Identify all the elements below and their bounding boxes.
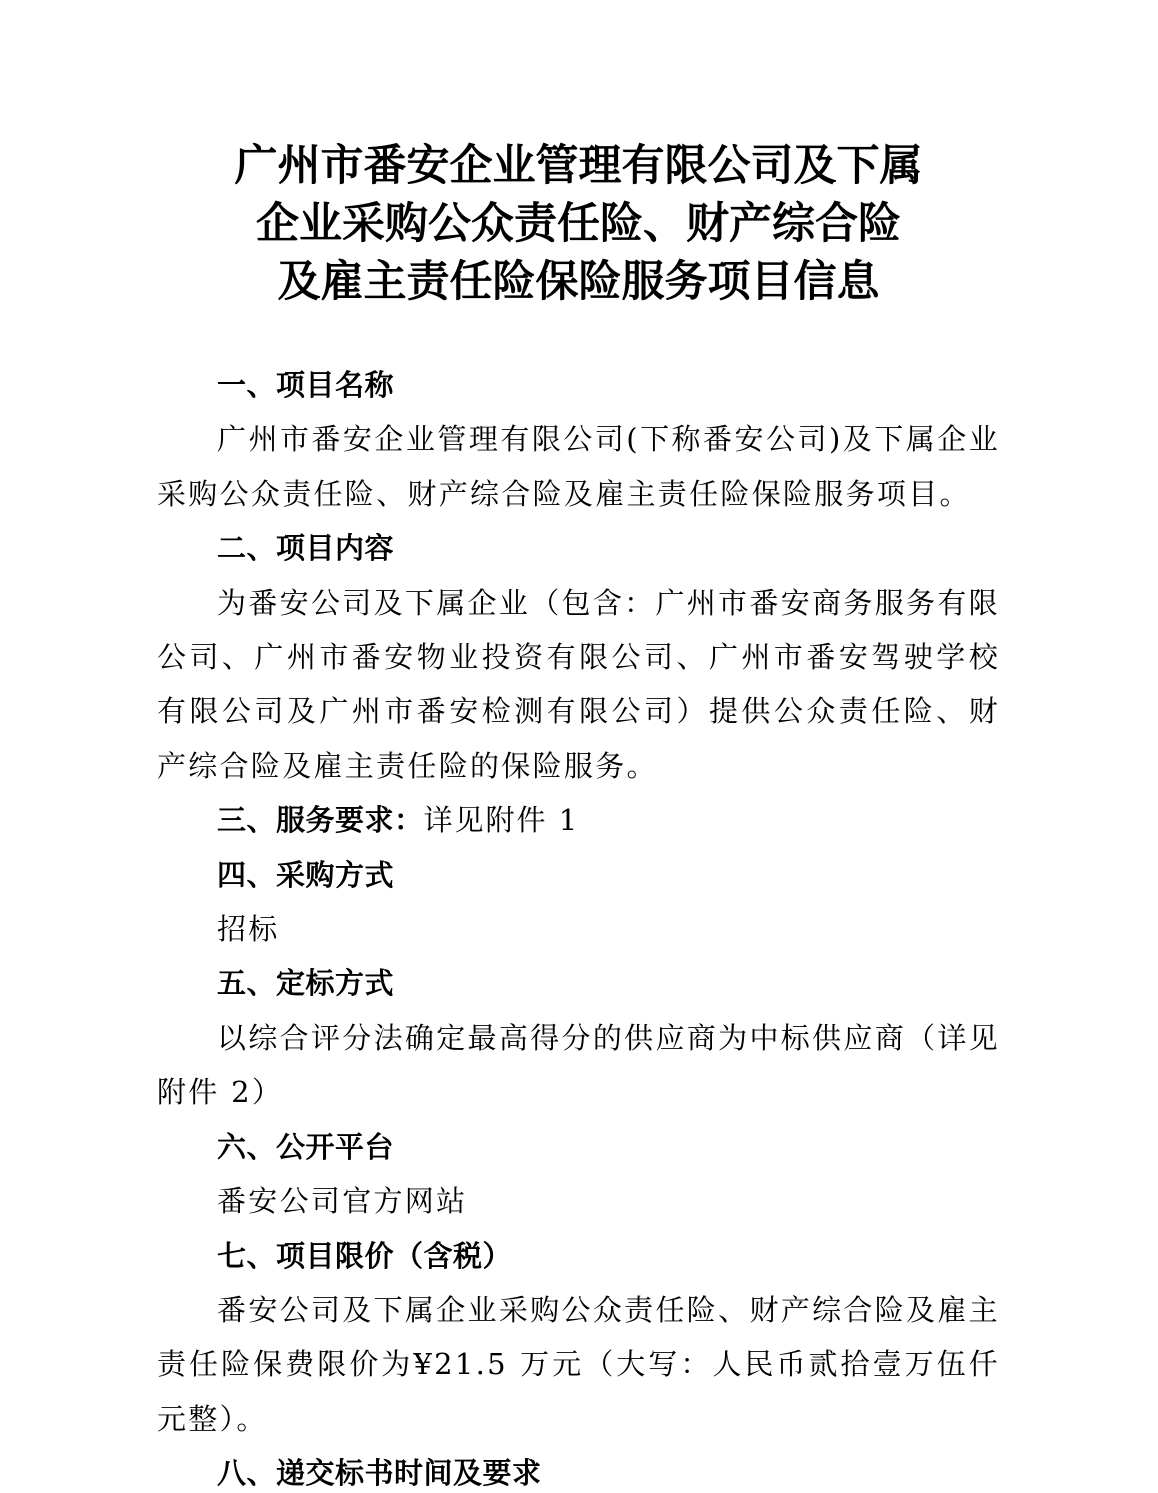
section-procurement-method-body: 招标 [157,902,1000,956]
section-price-limit: 七、项目限价（含税） 番安公司及下属企业采购公众责任险、财产综合险及雇主责任险保… [157,1229,1000,1447]
section-project-content-heading: 二、项目内容 [157,521,1000,575]
section-award-method: 五、定标方式 以综合评分法确定最高得分的供应商为中标供应商（详见附件 2） [157,956,1000,1119]
document-title-line-2: 企业采购公众责任险、财产综合险 [157,195,1000,253]
section-award-method-body: 以综合评分法确定最高得分的供应商为中标供应商（详见附件 2） [157,1011,1000,1120]
section-bid-submission: 八、递交标书时间及要求 [157,1446,1000,1493]
section-project-name-body: 广州市番安企业管理有限公司(下称番安公司)及下属企业采购公众责任险、财产综合险及… [157,412,1000,521]
section-service-requirements-heading: 三、服务要求：详见附件 1 [157,793,1000,847]
section-award-method-heading: 五、定标方式 [157,956,1000,1010]
document-title-line-3: 及雇主责任险保险服务项目信息 [157,253,1000,311]
section-publication-platform-body: 番安公司官方网站 [157,1174,1000,1228]
section-project-name: 一、项目名称 广州市番安企业管理有限公司(下称番安公司)及下属企业采购公众责任险… [157,358,1000,521]
document-title-line-1: 广州市番安企业管理有限公司及下属 [157,137,1000,195]
section-service-requirements-label: 三、服务要求： [217,803,424,837]
section-publication-platform: 六、公开平台 番安公司官方网站 [157,1120,1000,1229]
section-service-requirements-value: 详见附件 1 [424,803,580,837]
section-project-content: 二、项目内容 为番安公司及下属企业（包含：广州市番安商务服务有限公司、广州市番安… [157,521,1000,793]
section-project-content-body: 为番安公司及下属企业（包含：广州市番安商务服务有限公司、广州市番安物业投资有限公… [157,576,1000,794]
document-title: 广州市番安企业管理有限公司及下属 企业采购公众责任险、财产综合险 及雇主责任险保… [157,137,1000,311]
section-procurement-method-heading: 四、采购方式 [157,848,1000,902]
section-price-limit-body: 番安公司及下属企业采购公众责任险、财产综合险及雇主责任险保费限价为¥21.5 万… [157,1283,1000,1446]
document-content: 广州市番安企业管理有限公司及下属 企业采购公众责任险、财产综合险 及雇主责任险保… [0,0,1158,1493]
section-bid-submission-heading: 八、递交标书时间及要求 [157,1446,1000,1493]
section-publication-platform-heading: 六、公开平台 [157,1120,1000,1174]
document-page: 广州市番安企业管理有限公司及下属 企业采购公众责任险、财产综合险 及雇主责任险保… [0,0,1158,1493]
section-project-name-heading: 一、项目名称 [157,358,1000,412]
section-service-requirements: 三、服务要求：详见附件 1 [157,793,1000,847]
section-price-limit-heading: 七、项目限价（含税） [157,1229,1000,1283]
section-procurement-method: 四、采购方式 招标 [157,848,1000,957]
